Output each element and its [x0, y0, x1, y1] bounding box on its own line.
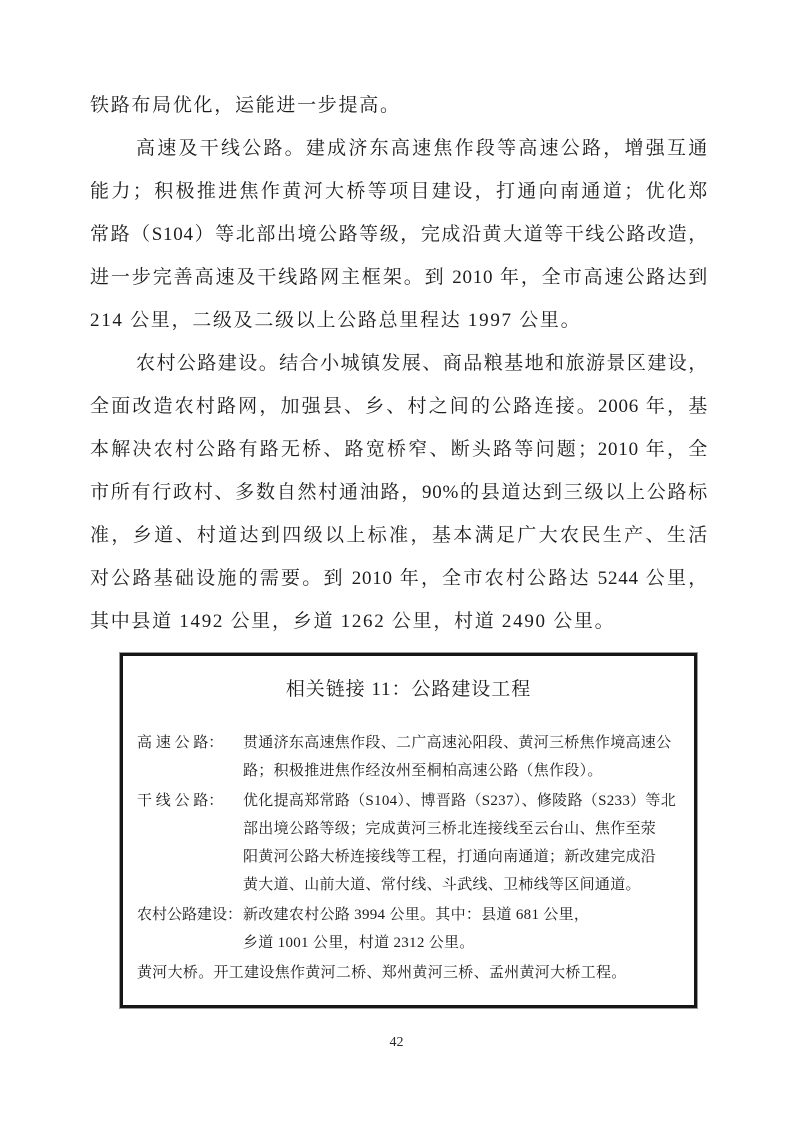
row-content: 新改建农村公路 3994 公里。其中：县道 681 公里， 乡道 1001 公里… [243, 901, 680, 957]
text-line: 黄大道、山前大道、常付线、斗武线、卫柿线等区间通道。 [243, 871, 680, 899]
row-content: 优化提高郑常路（S104）、博晋路（S237）、修陵路（S233）等北 部出境公… [243, 787, 680, 899]
text-line: 贯通济东高速焦作段、二广高速沁阳段、黄河三桥焦作境高速公 [243, 729, 680, 757]
text-line: 全面改造农村路网，加强县、乡、村之间的公路连接。2006 年，基 [90, 385, 708, 428]
infobox-title: 相关链接 11：公路建设工程 [137, 656, 680, 703]
text-line: 路；积极推进焦作经汝州至桐柏高速公路（焦作段）。 [243, 757, 680, 785]
text-line: 阳黄河公路大桥连接线等工程，打通向南通道；新改建完成沿 [243, 843, 680, 871]
text-line: 常路（S104）等北部出境公路等级，完成沿黄大道等干线公路改造， [90, 213, 708, 256]
text-line: 能力；积极推进焦作黄河大桥等项目建设，打通向南通道；优化郑 [90, 170, 708, 213]
infobox: 相关链接 11：公路建设工程 高 速 公 路： 贯通济东高速焦作段、二广高速沁阳… [120, 653, 697, 1008]
row-label: 高 速 公 路： [137, 729, 243, 757]
text-line: 进一步完善高速及干线路网主框架。到 2010 年，全市高速公路达到 [90, 256, 708, 299]
row-label: 干 线 公 路： [137, 787, 243, 815]
text-line: 市所有行政村、多数自然村通油路，90%的县道达到三级以上公路标 [90, 471, 708, 514]
text-line: 部出境公路等级；完成黄河三桥北连接线至云台山、焦作至荥 [243, 815, 680, 843]
text-line: 高速及干线公路。建成济东高速焦作段等高速公路，增强互通 [90, 127, 708, 170]
infobox-row-trunk-roads: 干 线 公 路： 优化提高郑常路（S104）、博晋路（S237）、修陵路（S23… [137, 787, 680, 899]
text-line: 214 公里，二级及二级以上公路总里程达 1997 公里。 [90, 299, 708, 342]
text-line: 准，乡道、村道达到四级以上标准，基本满足广大农民生产、生活 [90, 514, 708, 557]
document-page: 铁路布局优化，运能进一步提高。 高速及干线公路。建成济东高速焦作段等高速公路，增… [0, 0, 793, 1122]
row-label: 农村公路建设： [137, 901, 243, 929]
page-number: 42 [0, 1035, 793, 1051]
text-line: 本解决农村公路有路无桥、路宽桥窄、断头路等问题；2010 年，全 [90, 428, 708, 471]
body-text: 铁路布局优化，运能进一步提高。 高速及干线公路。建成济东高速焦作段等高速公路，增… [90, 84, 708, 643]
infobox-row-yellow-river-bridges: 黄河大桥。开工建设焦作黄河二桥、郑州黄河三桥、孟州黄河大桥工程。 [137, 959, 680, 987]
text-line: 乡道 1001 公里，村道 2312 公里。 [243, 929, 680, 957]
infobox-row-expressway: 高 速 公 路： 贯通济东高速焦作段、二广高速沁阳段、黄河三桥焦作境高速公 路；… [137, 729, 680, 785]
text-line: 优化提高郑常路（S104）、博晋路（S237）、修陵路（S233）等北 [243, 787, 680, 815]
text-line: 农村公路建设。结合小城镇发展、商品粮基地和旅游景区建设， [90, 342, 708, 385]
row-content: 贯通济东高速焦作段、二广高速沁阳段、黄河三桥焦作境高速公 路；积极推进焦作经汝州… [243, 729, 680, 785]
text-line: 其中县道 1492 公里，乡道 1262 公里，村道 2490 公里。 [90, 600, 708, 643]
infobox-row-rural-roads: 农村公路建设： 新改建农村公路 3994 公里。其中：县道 681 公里， 乡道… [137, 901, 680, 957]
text-line: 新改建农村公路 3994 公里。其中：县道 681 公里， [243, 901, 680, 929]
text-line: 铁路布局优化，运能进一步提高。 [90, 84, 708, 127]
text-line: 对公路基础设施的需要。到 2010 年，全市农村公路达 5244 公里， [90, 557, 708, 600]
